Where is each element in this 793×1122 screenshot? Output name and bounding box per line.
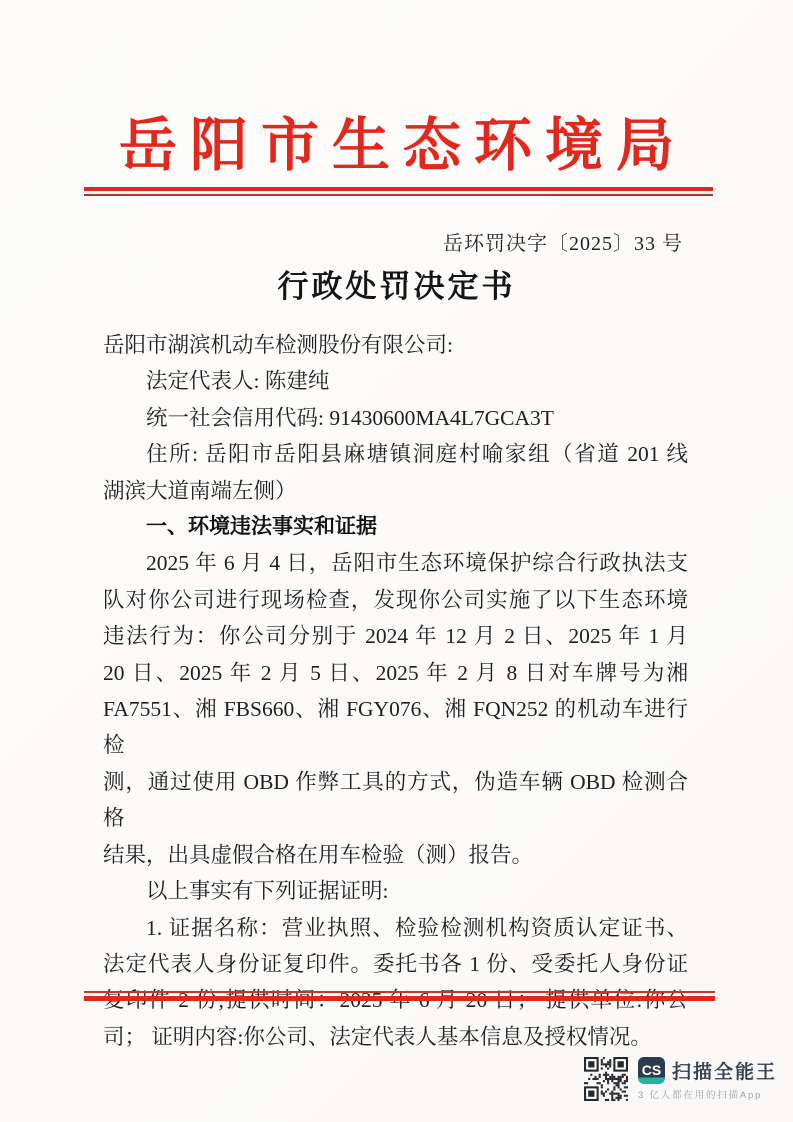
- footer-divider: [84, 991, 715, 1001]
- body-line: 20 日、2025 年 2 月 5 日、2025 年 2 月 8 日对车牌号为湘: [103, 655, 688, 691]
- body-line: 统一社会信用代码: 91430600MA4L7GCA3T: [103, 400, 688, 436]
- body-line: 违法行为：你公司分别于 2024 年 12 月 2 日、2025 年 1 月: [103, 618, 688, 654]
- document-number: 岳环罚决字〔2025〕33 号: [443, 227, 683, 256]
- body-line: 以上事实有下列证据证明:: [103, 873, 688, 909]
- camscanner-tagline: 3 亿人都在用的扫描App: [638, 1087, 777, 1101]
- agency-letterhead-title: 岳阳市生态环境局: [0, 98, 793, 182]
- camscanner-watermark: CS 扫描全能王 3 亿人都在用的扫描App: [584, 1057, 777, 1101]
- body-line: 结果，出具虚假合格在用车检验（测）报告。: [103, 837, 688, 873]
- body-line: 测，通过使用 OBD 作弊工具的方式，伪造车辆 OBD 检测合格: [103, 764, 688, 837]
- body-line: FA7551、湘 FBS660、湘 FGY076、湘 FQN252 的机动车进行…: [103, 691, 688, 764]
- body-line: 湖滨大道南端左侧）: [103, 473, 688, 509]
- body-line: 队对你公司进行现场检查，发现你公司实施了以下生态环境: [103, 582, 688, 618]
- section-heading: 一、环境违法事实和证据: [103, 509, 688, 545]
- body-line: 法定代表人身份证复印件。委托书各 1 份、受委托人身份证: [103, 946, 688, 982]
- body-line: 1. 证据名称：营业执照、检验检测机构资质认定证书、: [103, 910, 688, 946]
- body-line: 住所: 岳阳市岳阳县麻塘镇洞庭村喻家组（省道 201 线: [103, 436, 688, 472]
- qr-code-icon: [584, 1057, 628, 1101]
- letterhead-divider: [84, 187, 713, 196]
- body-line: 法定代表人: 陈建纯: [103, 363, 688, 399]
- body-line: 2025 年 6 月 4 日，岳阳市生态环境保护综合行政执法支: [103, 545, 688, 581]
- camscanner-app-name: 扫描全能王: [672, 1057, 777, 1084]
- camscanner-logo-text: CS: [642, 1062, 661, 1078]
- body-line: 司； 证明内容:你公司、法定代表人基本信息及授权情况。: [103, 1019, 688, 1055]
- body-line: 岳阳市湖滨机动车检测股份有限公司:: [103, 327, 688, 363]
- document-body: 岳阳市湖滨机动车检测股份有限公司:法定代表人: 陈建纯统一社会信用代码: 914…: [103, 327, 688, 1055]
- document-title: 行政处罚决定书: [0, 261, 793, 306]
- camscanner-branding: CS 扫描全能王 3 亿人都在用的扫描App: [638, 1057, 777, 1101]
- scanned-document-page: 岳阳市生态环境局 岳环罚决字〔2025〕33 号 行政处罚决定书 岳阳市湖滨机动…: [0, 0, 793, 1122]
- camscanner-logo-icon: CS: [638, 1057, 665, 1084]
